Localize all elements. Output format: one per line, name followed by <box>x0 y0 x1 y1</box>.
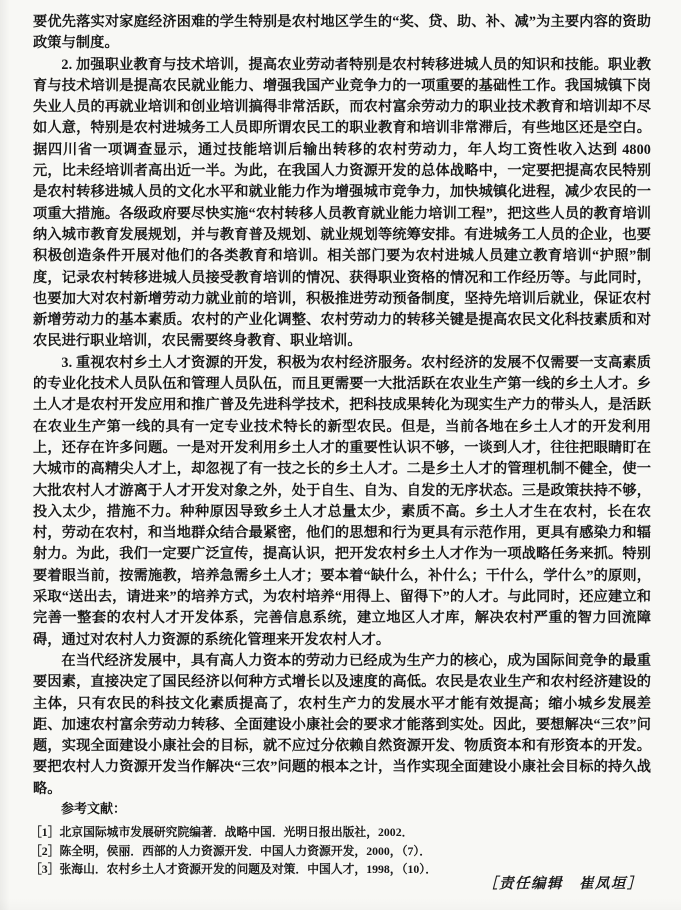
editor-note: ［责任编辑 崔凤垣］ <box>483 874 643 894</box>
article-body: 要优先落实对家庭经济困难的学生特别是农村地区学生的“奖、贷、助、补、减”为主要内… <box>33 12 651 800</box>
scanned-document-page: 要优先落实对家庭经济困难的学生特别是农村地区学生的“奖、贷、助、补、减”为主要内… <box>0 0 681 910</box>
references-heading: 参考文献： <box>30 801 651 817</box>
references-section: 参考文献： ［1］北京国际城市发展研究院编著．战略中国．光明日报出版社，2002… <box>30 801 651 879</box>
paragraph-section-2: 2. 加强职业教育与技术培训，提高农业劳动者特别是农村转移进城人员的知识和技能。… <box>33 55 651 353</box>
paragraph-conclusion: 在当代经济发展中，具有高人力资本的劳动力已经成为生产力的核心，成为国际间竞争的最… <box>33 651 651 800</box>
reference-item-1: ［1］北京国际城市发展研究院编著．战略中国．光明日报出版社，2002． <box>30 823 651 842</box>
paragraph-section-3: 3. 重视农村乡土人才资源的开发，积极为农村经济服务。农村经济的发展不仅需要一支… <box>33 353 651 651</box>
paragraph-continuation: 要优先落实对家庭经济困难的学生特别是农村地区学生的“奖、贷、助、补、减”为主要内… <box>33 12 651 55</box>
reference-item-2: ［2］陈全明，侯丽．西部的人力资源开发．中国人力资源开发，2000，（7）． <box>30 842 651 861</box>
